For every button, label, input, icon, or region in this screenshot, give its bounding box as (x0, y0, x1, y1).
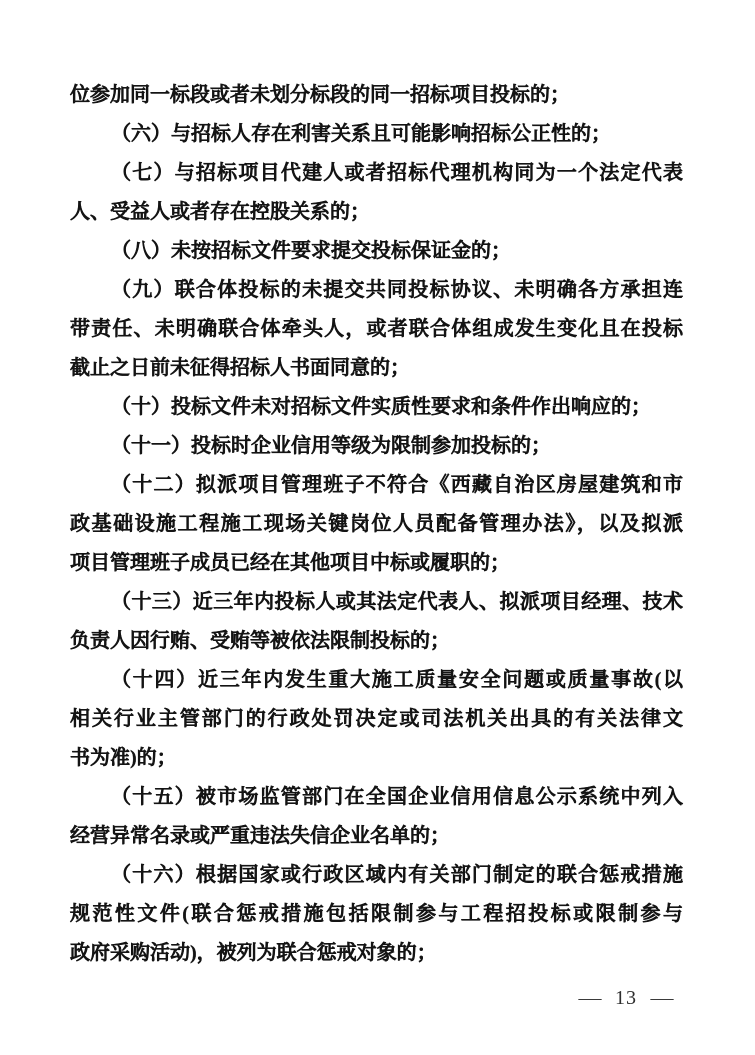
text-line: 规范性文件(联合惩戒措施包括限制参与工程招投标或限制参与 (70, 895, 683, 934)
footer-left-dash: — (579, 984, 602, 1012)
text-line: 负责人因行贿、受贿等被依法限制投标的； (70, 622, 683, 661)
text-line: 人、受益人或者存在控股关系的； (70, 193, 683, 232)
text-line: （十）投标文件未对招标文件实质性要求和条件作出响应的； (70, 388, 683, 427)
text-line: （十六）根据国家或行政区域内有关部门制定的联合惩戒措施 (70, 856, 683, 895)
document-page: 位参加同一标段或者未划分标段的同一招标项目投标的；（六）与招标人存在利害关系且可… (0, 0, 755, 1055)
text-line: （十五）被市场监管部门在全国企业信用信息公示系统中列入 (70, 778, 683, 817)
text-line: 经营异常名录或严重违法失信企业名单的； (70, 817, 683, 856)
text-line: （九）联合体投标的未提交共同投标协议、未明确各方承担连 (70, 271, 683, 310)
text-line: 相关行业主管部门的行政处罚决定或司法机关出具的有关法律文 (70, 700, 683, 739)
text-line: （六）与招标人存在利害关系且可能影响招标公正性的； (70, 115, 683, 154)
text-line: （七）与招标项目代建人或者招标代理机构同为一个法定代表 (70, 154, 683, 193)
text-line: （十二）拟派项目管理班子不符合《西藏自治区房屋建筑和市 (70, 466, 683, 505)
text-line: （十一）投标时企业信用等级为限制参加投标的； (70, 427, 683, 466)
text-line: 书为准)的； (70, 739, 683, 778)
text-line: 位参加同一标段或者未划分标段的同一招标项目投标的； (70, 76, 683, 115)
text-line: 带责任、未明确联合体牵头人，或者联合体组成发生变化且在投标 (70, 310, 683, 349)
page-number: 13 (615, 984, 637, 1012)
text-line: （十三）近三年内投标人或其法定代表人、拟派项目经理、技术 (70, 583, 683, 622)
document-body: 位参加同一标段或者未划分标段的同一招标项目投标的；（六）与招标人存在利害关系且可… (70, 76, 683, 973)
text-line: （八）未按招标文件要求提交投标保证金的； (70, 232, 683, 271)
text-line: 项目管理班子成员已经在其他项目中标或履职的； (70, 544, 683, 583)
text-line: 政基础设施工程施工现场关键岗位人员配备管理办法》，以及拟派 (70, 505, 683, 544)
text-line: （十四）近三年内发生重大施工质量安全问题或质量事故(以 (70, 661, 683, 700)
footer-right-dash: — (651, 984, 674, 1012)
text-line: 政府采购活动)，被列为联合惩戒对象的； (70, 934, 683, 973)
text-line: 截止之日前未征得招标人书面同意的； (70, 349, 683, 388)
page-footer: — 13 — (580, 984, 672, 1012)
